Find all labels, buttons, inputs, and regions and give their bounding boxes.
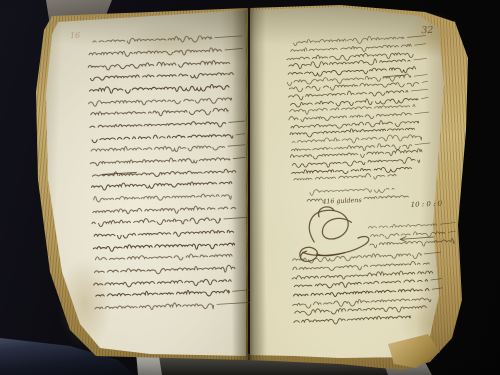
paper-stain	[398, 296, 460, 350]
book-gutter-shadow	[232, 8, 266, 360]
paper-stain	[404, 12, 460, 60]
paper-stain	[120, 24, 210, 64]
paper-stain	[58, 258, 112, 350]
photo-of-manuscript: 16 416 guldens 10 : 0 : 0 32	[0, 0, 500, 375]
